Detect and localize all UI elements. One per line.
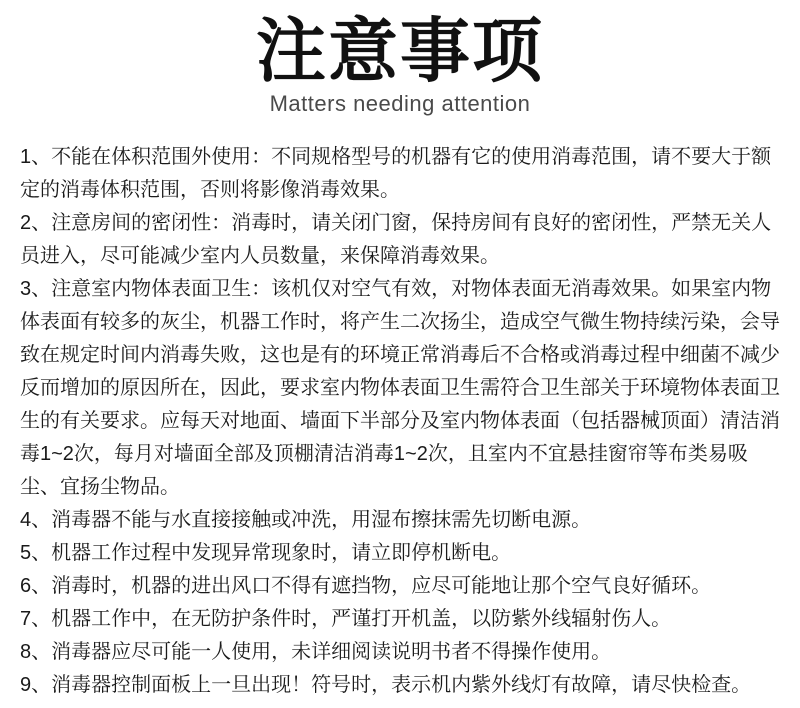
notice-list: 1、不能在体积范围外使用：不同规格型号的机器有它的使用消毒范围，请不要大于额定的… (0, 116, 800, 702)
document-header: 注意事项 Matters needing attention (0, 0, 800, 116)
notice-item-8: 8、消毒器应尽可能一人使用，未详细阅读说明书者不得操作使用。 (20, 636, 780, 669)
notice-item-2: 2、注意房间的密闭性：消毒时，请关闭门窗，保持房间有良好的密闭性，严禁无关人员进… (20, 207, 780, 273)
notice-item-5: 5、机器工作过程中发现异常现象时，请立即停机断电。 (20, 537, 780, 570)
notice-item-3: 3、注意室内物体表面卫生：该机仅对空气有效，对物体表面无消毒效果。如果室内物体表… (20, 273, 780, 504)
notice-item-1: 1、不能在体积范围外使用：不同规格型号的机器有它的使用消毒范围，请不要大于额定的… (20, 141, 780, 207)
notice-document-page: 注意事项 Matters needing attention 1、不能在体积范围… (0, 0, 800, 708)
notice-item-4: 4、消毒器不能与水直接接触或冲洗，用湿布擦抹需先切断电源。 (20, 504, 780, 537)
notice-item-6: 6、消毒时，机器的进出风口不得有遮挡物，应尽可能地让那个空气良好循环。 (20, 570, 780, 603)
notice-item-7: 7、机器工作中，在无防护条件时，严谨打开机盖，以防紫外线辐射伤人。 (20, 603, 780, 636)
page-title: 注意事项 (0, 12, 800, 90)
page-subtitle: Matters needing attention (0, 92, 800, 116)
notice-item-9: 9、消毒器控制面板上一旦出现！符号时，表示机内紫外线灯有故障，请尽快检查。 (20, 669, 780, 702)
